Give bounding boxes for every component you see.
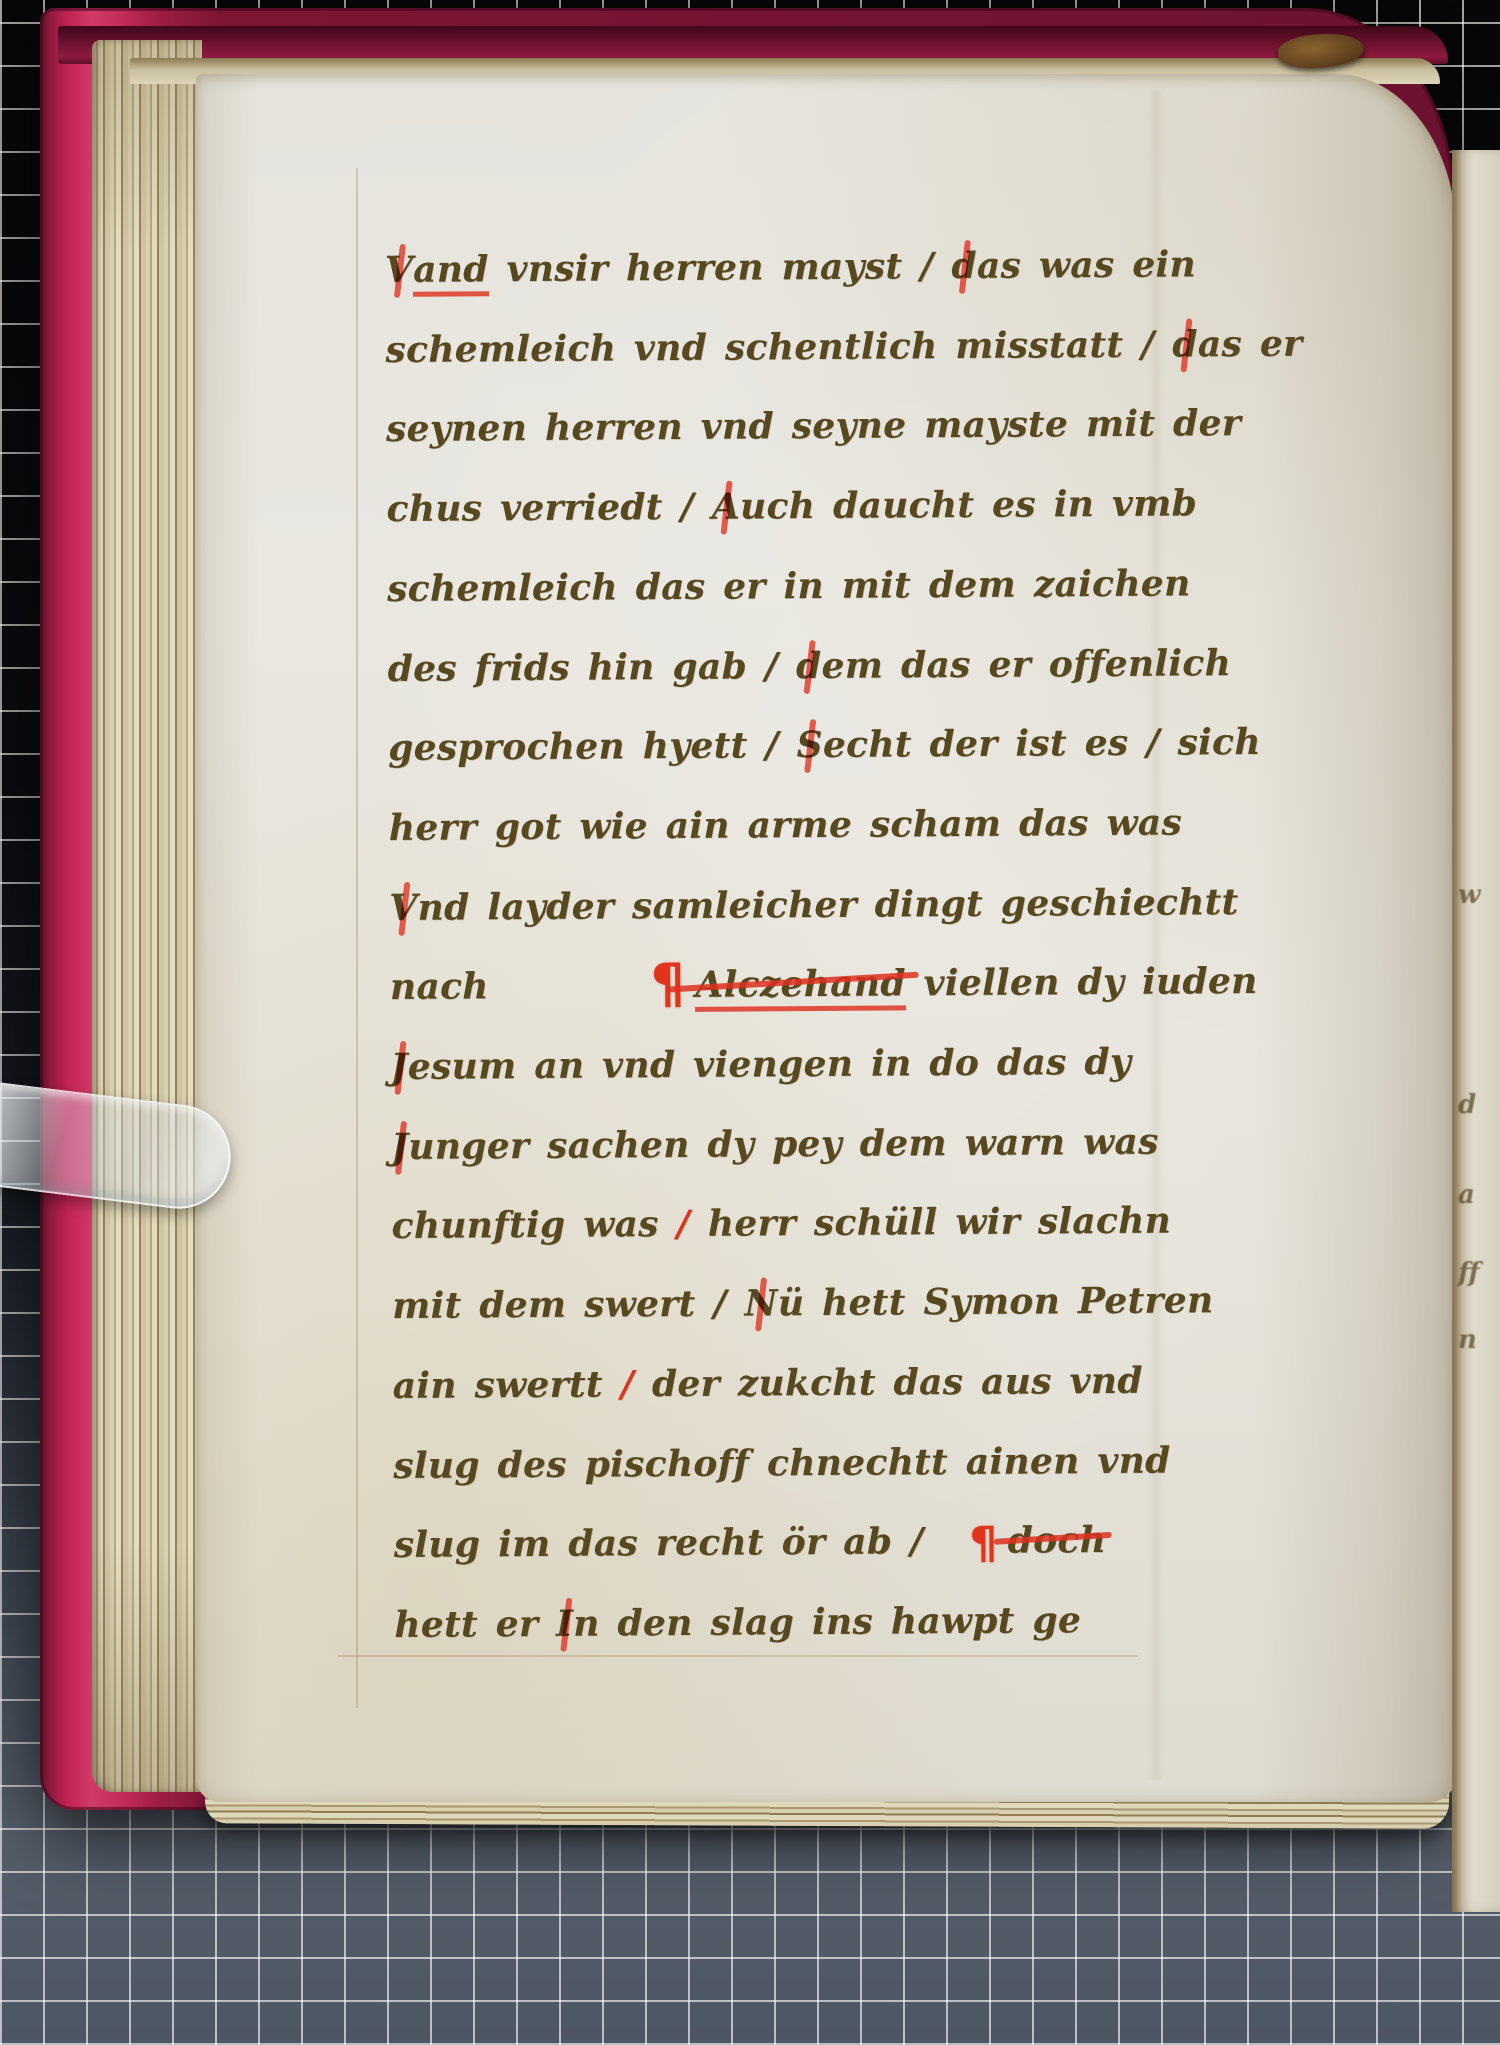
text-segment: doch [1007, 1519, 1106, 1562]
text-segment: chunftig was [391, 1203, 676, 1247]
text-segment: / [620, 1363, 634, 1405]
text-segment: d [1172, 323, 1198, 365]
manuscript-line: nach¶Alczehand viellen dy iuden [390, 960, 1258, 1022]
manuscript-line: gesprochen hyett / Secht der ist es / si… [388, 721, 1261, 783]
text-segment: unger sachen dy pey dem warn was [408, 1121, 1159, 1168]
facing-page-text-fragment: w [1458, 880, 1480, 910]
manuscript-line: herr got wie ain arme scham das was [389, 801, 1183, 863]
text-segment: d [951, 245, 977, 287]
text-segment: em das er offenlich [821, 642, 1231, 687]
text-segment: J [390, 1046, 408, 1088]
facing-page-text-fragment: ff [1458, 1258, 1480, 1288]
text-segment: slug des pischoff chnechtt ainen vnd [393, 1440, 1171, 1487]
facing-page-text-fragment: d [1458, 1090, 1476, 1120]
text-segment: hett er [394, 1603, 556, 1646]
facing-page-text-fragment: n [1458, 1325, 1477, 1355]
manuscript-line: mit dem swert / Nü hett Symon Petren [392, 1279, 1214, 1341]
text-segment: herr got wie ain arme scham das was [389, 801, 1183, 849]
text-segment: herr schüll wir slachn [690, 1200, 1171, 1245]
text-segment: mit dem swert / [392, 1283, 745, 1327]
text-segment: viellen dy iuden [906, 960, 1258, 1004]
text-segment: as was ein [977, 243, 1196, 287]
text-segment: A [712, 486, 741, 528]
text-segment: as er [1198, 323, 1303, 366]
line-gap [941, 1552, 967, 1553]
text-segment: N [744, 1282, 778, 1324]
text-segment: and [413, 248, 489, 297]
manuscript-line: Vnd layder samleicher dingt geschiechtt [389, 881, 1239, 943]
facing-page-edge: wdaffn [1452, 150, 1500, 1912]
text-block: Vand vnsir herren mayst / das was einsch… [383, 0, 1155, 1750]
manuscript-line: chunftig was / herr schüll wir slachn [391, 1200, 1171, 1261]
manuscript-line: slug im das recht ör ab / ¶doch [394, 1519, 1107, 1580]
text-segment: chus verriedt / [386, 486, 712, 530]
manuscript-photo: Vand vnsir herren mayst / das was einsch… [0, 0, 1500, 2045]
text-segment: vnsir herren mayst / [489, 245, 952, 290]
text-segment: n den slag ins hawpt ge [573, 1599, 1081, 1645]
text-segment: slug im das recht ör ab / [394, 1520, 942, 1566]
text-segment: ain swertt [393, 1363, 621, 1407]
text-segment: V [389, 887, 418, 929]
text-segment: ü hett Symon Petren [778, 1279, 1214, 1324]
text-segment: schemleich das er in mit dem zaichen [387, 562, 1191, 610]
text-segment: S [796, 724, 823, 766]
manuscript-line: Junger sachen dy pey dem warn was [391, 1121, 1159, 1182]
page-edge-stack-left [92, 40, 202, 1792]
facing-page-text-fragment: a [1458, 1180, 1475, 1210]
text-segment: d [796, 645, 822, 687]
manuscript-line: ain swertt / der zukcht das aus vnd [393, 1360, 1143, 1421]
text-segment: nd layder samleicher dingt geschiechtt [417, 881, 1238, 929]
manuscript-line: hett er In den slag ins hawpt ge [394, 1599, 1081, 1660]
manuscript-line: des frids hin gab / dem das er offenlich [388, 642, 1232, 704]
text-segment: Alczehand [695, 962, 906, 1011]
text-segment: J [391, 1126, 409, 1168]
manuscript-line: Vand vnsir herren mayst / das was ein [385, 243, 1196, 305]
text-segment: uch daucht es in vmb [740, 482, 1197, 527]
manuscript-line: schemleich das er in mit dem zaichen [387, 562, 1191, 624]
text-segment: des frids hin gab / [388, 645, 797, 690]
text-segment: nach [390, 965, 489, 1008]
line-gap [489, 996, 649, 998]
text-segment: schemleich vnd schentlich misstatt / [385, 323, 1172, 370]
text-segment: der zukcht das aus vnd [634, 1360, 1143, 1406]
text-segment: gesprochen hyett / [388, 724, 797, 769]
text-segment: V [385, 249, 414, 291]
manuscript-line: schemleich vnd schentlich misstatt / das… [385, 323, 1302, 385]
text-segment: / [676, 1203, 690, 1245]
manuscript-line: slug des pischoff chnechtt ainen vnd [393, 1440, 1171, 1501]
text-segment: echt der ist es / sich [823, 721, 1261, 766]
manuscript-line: chus verriedt / Auch daucht es in vmb [386, 482, 1197, 544]
manuscript-line: Jesum an vnd viengen in do das dy [390, 1041, 1131, 1102]
text-segment: I [556, 1603, 573, 1645]
margin-ruling-vertical [356, 168, 358, 1708]
manuscript-line: seynen herren vnd seyne mayste mit der [386, 402, 1241, 464]
text-segment: seynen herren vnd seyne mayste mit der [386, 402, 1241, 450]
text-segment: esum an vnd viengen in do das dy [408, 1041, 1132, 1088]
